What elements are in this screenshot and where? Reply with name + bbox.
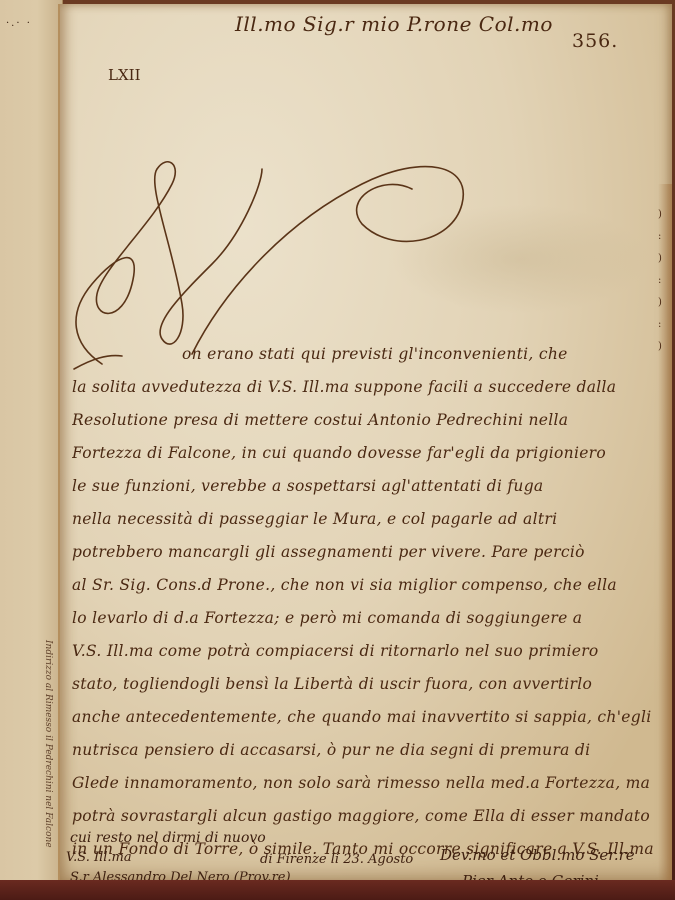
letter-number: LXII [108,66,141,84]
body-line: le sue funzioni, verebbe a sospettarsi a… [72,471,662,504]
body-line: potrebbero mancargli gli assegnamenti pe… [72,537,662,570]
red-cloth-background [0,880,675,900]
letter-page: Ill.mo Sig.r mio P.rone Col.mo 356. LXII… [58,4,672,884]
body-line: V.S. Ill.ma come potrà compiacersi di ri… [72,636,662,669]
closing-addressee-title: V.S. Ill.ma [66,850,132,865]
closing-phrase: cui resto nel dirmi di nuovo [70,830,266,846]
body-line: la solita avvedutezza di V.S. Ill.ma sup… [72,372,662,405]
body-line: stato, togliendogli bensì la Libertà di … [72,669,662,702]
body-line: Fortezza di Falcone, in cui quando doves… [72,438,662,471]
salutation-header: Ill.mo Sig.r mio P.rone Col.mo [235,12,553,36]
right-edge-ink-marks: ):):):) [658,204,668,404]
left-margin-note: Indirizzo al Rimesso il Pedrechini nel F… [4,640,54,880]
closing-date: di Firenze li 23. Agosto [260,852,413,867]
signature-formula: Dev.mo et Obbl.mo Ser.re [440,846,635,864]
body-line: on erano stati qui previsti gl'inconveni… [72,339,662,372]
body-line: Glede innamoramento, non solo sarà rimes… [72,768,662,801]
ink-marks: ·.· · [6,18,32,29]
body-line: nella necessità di passeggiar le Mura, e… [72,504,662,537]
folio-number: 356. [572,30,618,52]
body-line: lo levarlo di d.a Fortezza; e però mi co… [72,603,662,636]
body-line: Resolutione presa di mettere costui Anto… [72,405,662,438]
left-folio-page: ·.· · Indirizzo al Rimesso il Pedrechini… [0,0,63,885]
letter-body: on erano stati qui previsti gl'inconveni… [72,339,662,867]
body-line: al Sr. Sig. Cons.d Prone., che non vi si… [72,570,662,603]
manuscript-scene: ·.· · Indirizzo al Rimesso il Pedrechini… [0,0,675,900]
body-line: anche antecedentemente, che quando mai i… [72,702,662,735]
body-line: nutrisca pensiero di accasarsi, ò pur ne… [72,735,662,768]
